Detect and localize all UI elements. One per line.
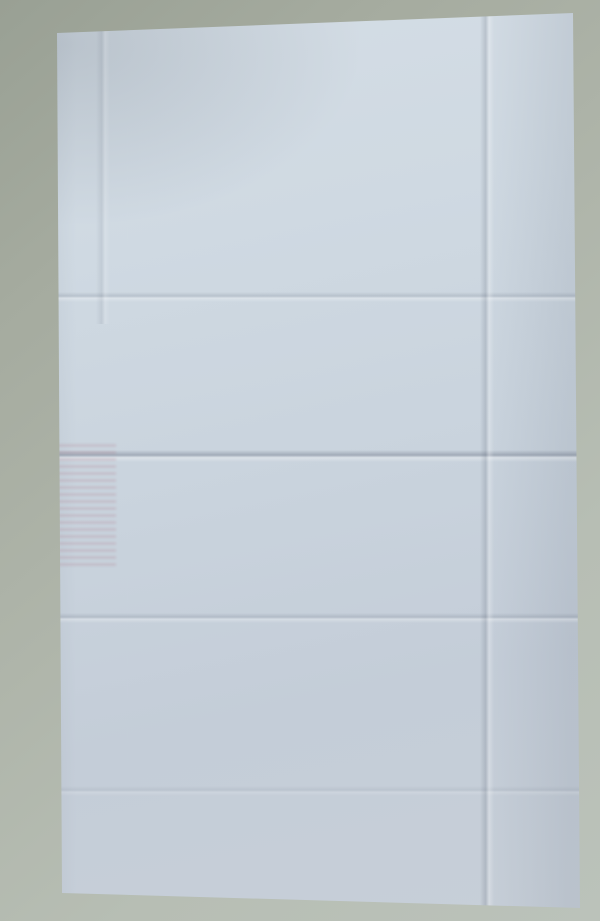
letter-body: hi niels-- well, we have been doing a go… (86, 92, 564, 885)
letter-paragraph: I think I will send you a copy of anothe… (86, 216, 564, 329)
letter-paragraph: How is your TV program pilot doing in it… (86, 813, 564, 885)
typed-ink: RR 2, Box 213 A Port Murray NJ o7865 May… (38, 4, 585, 914)
letter-paragraph: hi niels-- well, we have been doing a go… (86, 92, 564, 205)
letter-paragraph: here is a nice umbrella drawing by Schne… (86, 339, 564, 802)
letter-paper: RR 2, Box 213 A Port Murray NJ o7865 May… (38, 4, 585, 914)
return-address-line1: RR 2, Box 213 A (328, 72, 446, 82)
photo-background: { "photo": { "background_color": "#aab0a… (0, 0, 600, 921)
